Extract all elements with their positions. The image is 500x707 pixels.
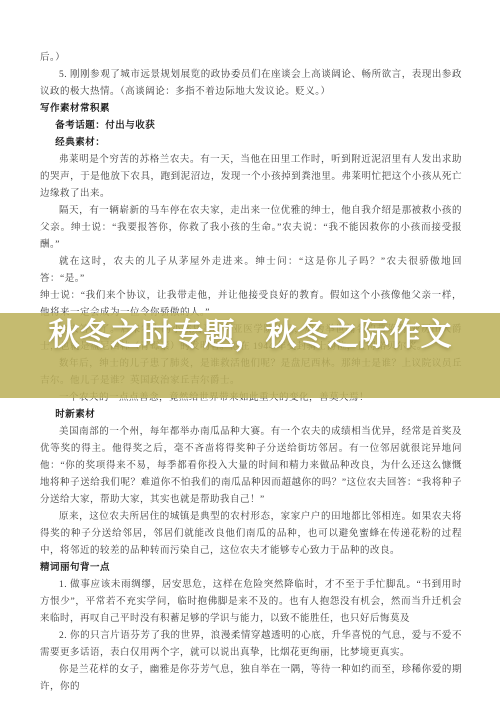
section-heading: 备考话题：付出与收获: [40, 118, 462, 135]
paragraph: 2. 你的只言片语芬芳了我的世界，浪漫柔情穿越透明的心底，升华喜悦的气息，爱与不…: [40, 628, 462, 662]
paragraph: 隔天，有一辆崭新的马车停在农夫家，走出来一位优雅的绅士，他自我介绍是那被救小孩的…: [40, 203, 462, 254]
paragraph: 原来，这位农夫所居住的城镇是典型的农村形态，家家户户的田地都比邻相连。如果农夫将…: [40, 509, 462, 560]
section-heading: 写作素材常积累: [40, 101, 462, 118]
watermark-title: 秋冬之时专题，秋冬之际作文: [0, 314, 500, 356]
section-heading: 经典素材：: [40, 135, 462, 152]
paragraph: 后。）: [40, 50, 462, 67]
section-heading: 时新素材: [40, 407, 462, 424]
paragraph: 就在这时，农夫的儿子从茅屋外走进来。绅士问：“这是你儿子吗？”农夫很骄傲地回答：…: [40, 254, 462, 288]
paragraph: 美国南部的一个州，每年都举办南瓜品种大赛。有一个农夫的成绩相当优异，经常是首奖及…: [40, 424, 462, 509]
section-heading: 精词丽句背一点: [40, 560, 462, 577]
paragraph: 你是兰花样的女子，幽雅是你芬芳气息，独自举在一隅，等待一种如约而至，珍稀你爱的期…: [40, 662, 462, 696]
paragraph: 5. 刚刚参观了城市远景规划展览的政协委员们在座谈会上高谈阔论、畅所欲言，表现出…: [40, 67, 462, 101]
watermark-banner: 秋冬之时专题，秋冬之际作文: [0, 313, 500, 398]
paragraph: 1. 做事应该未雨绸缪，居安思危，这样在危险突然降临时，才不至于手忙脚乱。“书到…: [40, 577, 462, 628]
paragraph: 弗莱明是个穷苦的苏格兰农夫。有一天，当他在田里工作时，听到附近泥沼里有人发出求助…: [40, 152, 462, 203]
